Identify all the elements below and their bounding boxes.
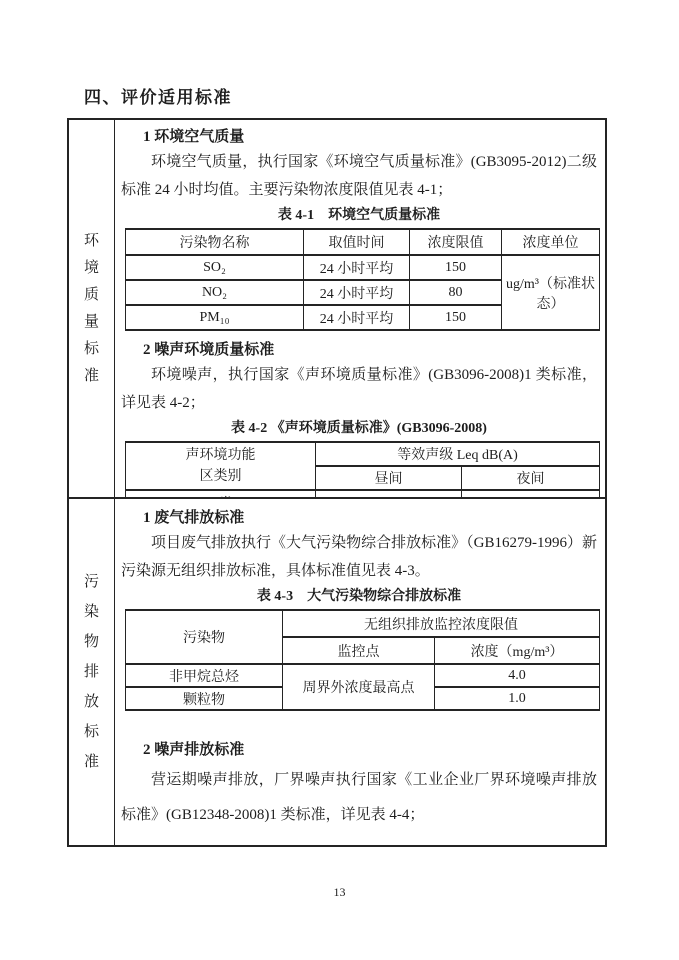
cell-monitor-point-header: 监控点 [283,637,435,664]
table-row: SO₂ 24 小时平均 150 ug/m³（标准状态） [126,255,600,280]
cell-pollutant-header: 污染物 [126,610,283,664]
paragraph-noise-quality: 环境噪声，执行国家《声环境质量标准》(GB3096-2008)1 类标准，详见表… [121,361,597,417]
cell-limit: 150 [410,305,502,330]
cell-value: 1.0 [435,687,600,710]
paragraph-waste-gas: 项目废气排放执行《大气污染物综合排放标准》（GB16279-1996）新污染源无… [121,529,597,585]
table-4-3: 污染物 无组织排放监控浓度限值 监控点 浓度（mg/m³） 非甲烷总烃 周界外浓… [125,609,600,711]
cell-day-label: 昼间 [316,466,462,490]
section-pollutant-emission: 污染物排放标准 1 废气排放标准 项目废气排放执行《大气污染物综合排放标准》（G… [69,499,605,845]
cell-night-label: 夜间 [462,466,600,490]
pollutant-emission-content: 1 废气排放标准 项目废气排放执行《大气污染物综合排放标准》（GB16279-1… [115,499,605,845]
paragraph-noise-emission: 营运期噪声排放，厂界噪声执行国家《工业企业厂界环境噪声排放标准》(GB12348… [121,763,597,833]
heading-noise-quality: 2 噪声环境质量标准 [143,341,599,359]
table-row: 非甲烷总烃 周界外浓度最高点 4.0 [126,664,600,687]
row-header-pollutant-emission: 污染物排放标准 [69,499,115,845]
page-title: 四、评价适用标准 [84,83,232,108]
cell-function-zone-header: 声环境功能 区类别 [126,442,316,490]
cell-concentration-header: 浓度（mg/m³） [435,637,600,664]
cell-night-value: 45 [462,490,600,497]
sidebar-label-pollutant-emission: 污染物排放标准 [83,567,100,777]
col-header-limit: 浓度限值 [410,229,502,255]
row-header-env-quality: 环境质量标准 [69,120,115,497]
paragraph-air-quality: 环境空气质量，执行国家《环境空气质量标准》(GB3095-2012)二级标准 2… [121,148,597,204]
document-page: 四、评价适用标准 环境质量标准 1 环境空气质量 环境空气质量，执行国家《环境空… [0,0,679,960]
cell-day-value: 55 [316,490,462,497]
page-number: 13 [0,885,679,900]
cell-category: 1 类 [126,490,316,497]
standards-form: 环境质量标准 1 环境空气质量 环境空气质量，执行国家《环境空气质量标准》(GB… [67,118,607,847]
heading-waste-gas: 1 废气排放标准 [143,509,599,527]
cell-pollutant: PM₁₀ [126,305,304,330]
col-header-pollutant-name: 污染物名称 [126,229,304,255]
cell-time: 24 小时平均 [304,305,410,330]
cell-value: 4.0 [435,664,600,687]
table-4-1-caption: 表 4-1 环境空气质量标准 [119,207,599,225]
col-header-time: 取值时间 [304,229,410,255]
table-row: 1 类 55 45 [126,490,600,497]
table-4-1: 污染物名称 取值时间 浓度限值 浓度单位 SO₂ 24 小时平均 150 ug/… [125,228,600,331]
cell-time: 24 小时平均 [304,255,410,280]
cell-fugitive-group-header: 无组织排放监控浓度限值 [283,610,600,637]
section-env-quality: 环境质量标准 1 环境空气质量 环境空气质量，执行国家《环境空气质量标准》(GB… [69,120,605,499]
table-4-2: 声环境功能 区类别 等效声级 Leq dB(A) 昼间 夜间 1 类 55 [125,441,600,497]
cell-leq-group-header: 等效声级 Leq dB(A) [316,442,600,466]
table-4-2-caption: 表 4-2 《声环境质量标准》(GB3096-2008) [119,420,599,438]
cell-monitor-point: 周界外浓度最高点 [283,664,435,710]
cell-unit: ug/m³（标准状态） [502,255,600,330]
cell-limit: 80 [410,280,502,305]
cell-pollutant: NO₂ [126,280,304,305]
cell-time: 24 小时平均 [304,280,410,305]
cell-pollutant: 非甲烷总烃 [126,664,283,687]
col-header-unit: 浓度单位 [502,229,600,255]
table-row: 声环境功能 区类别 等效声级 Leq dB(A) [126,442,600,466]
table-4-3-caption: 表 4-3 大气污染物综合排放标准 [119,588,599,606]
function-zone-line2: 区类别 [128,466,313,487]
cell-limit: 150 [410,255,502,280]
table-row: 污染物名称 取值时间 浓度限值 浓度单位 [126,229,600,255]
cell-pollutant: SO₂ [126,255,304,280]
table-row: 污染物 无组织排放监控浓度限值 [126,610,600,637]
cell-pollutant: 颗粒物 [126,687,283,710]
sidebar-label-env-quality: 环境质量标准 [83,228,100,390]
heading-noise-emission: 2 噪声排放标准 [143,741,599,759]
env-quality-content: 1 环境空气质量 环境空气质量，执行国家《环境空气质量标准》(GB3095-20… [115,120,605,497]
heading-air-quality: 1 环境空气质量 [143,128,599,146]
function-zone-line1: 声环境功能 [128,445,313,466]
